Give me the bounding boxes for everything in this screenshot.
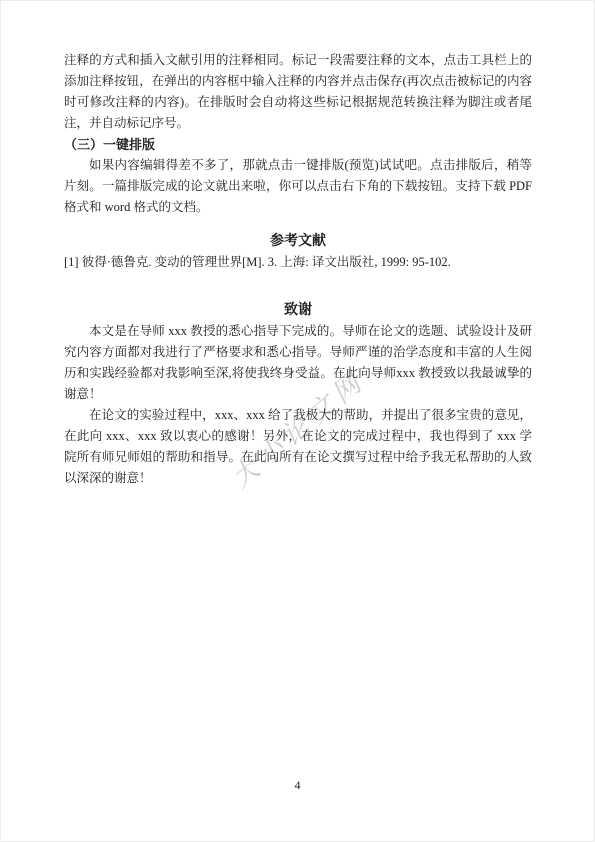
- document-page: 大小论文网 注释的方式和插入文献引用的注释相同。标记一段需要注释的文本，点击工具…: [0, 0, 595, 842]
- reference-item: [1] 彼得·德鲁克. 变动的管理世界[M]. 3. 上海: 译文出版社, 19…: [64, 252, 532, 273]
- body-paragraph-layout: 如果内容编辑得差不多了，那就点击一键排版(预览)试试吧。点击排版后，稍等片刻。一…: [64, 155, 532, 218]
- acknowledgement-paragraph: 在论文的实验过程中，xxx、xxx 给了我极大的帮助，并提出了很多宝贵的意见，在…: [64, 405, 532, 489]
- acknowledgement-paragraph: 本文是在导师 xxx 教授的悉心指导下完成的。导师在论文的选题、试验设计及研究内…: [64, 321, 532, 405]
- page-number: 4: [0, 777, 595, 793]
- acknowledgement-heading: 致谢: [64, 300, 532, 321]
- references-heading: 参考文献: [64, 231, 532, 252]
- body-paragraph-continuation: 注释的方式和插入文献引用的注释相同。标记一段需要注释的文本，点击工具栏上的添加注…: [64, 50, 532, 134]
- page-content: 注释的方式和插入文献引用的注释相同。标记一段需要注释的文本，点击工具栏上的添加注…: [64, 50, 532, 489]
- section-heading-one-click-layout: （三）一键排版: [64, 134, 532, 155]
